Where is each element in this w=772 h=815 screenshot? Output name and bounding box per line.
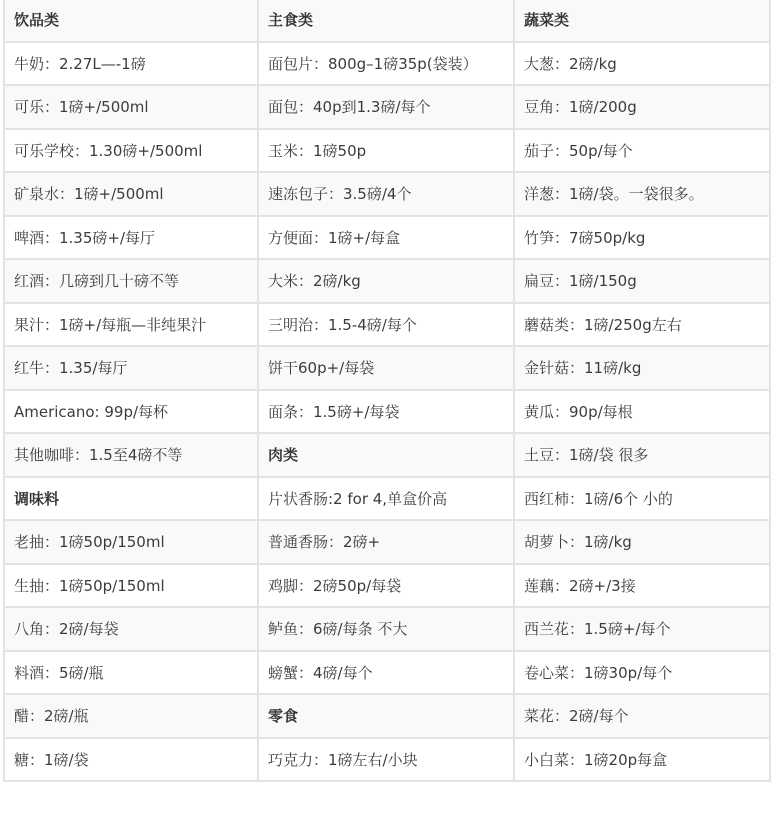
table-cell: Americano: 99p/每杯 (4, 390, 258, 434)
table-cell: 醋：2磅/瓶 (4, 694, 258, 738)
table-cell: 面包：40p到1.3磅/每个 (258, 85, 514, 129)
table-cell: 土豆：1磅/袋 很多 (514, 433, 770, 477)
table-cell: 普通香肠：2磅+ (258, 520, 514, 564)
table-cell: 大米：2磅/kg (258, 259, 514, 303)
table-cell: 方便面：1磅+/每盒 (258, 216, 514, 260)
group-header-meat: 肉类 (258, 433, 514, 477)
table-row: 调味料 片状香肠:2 for 4,单盒价高 西红柿：1磅/6个 小的 (4, 477, 770, 521)
table-row: 八角：2磅/每袋 鲈鱼：6磅/每条 不大 西兰花：1.5磅+/每个 (4, 607, 770, 651)
table-cell: 速冻包子：3.5磅/4个 (258, 172, 514, 216)
table-cell: 玉米：1磅50p (258, 129, 514, 173)
table-cell: 三明治：1.5-4磅/每个 (258, 303, 514, 347)
table-cell: 八角：2磅/每袋 (4, 607, 258, 651)
table-cell: 豆角：1磅/200g (514, 85, 770, 129)
table-cell: 其他咖啡：1.5至4磅不等 (4, 433, 258, 477)
table-row: 果汁：1磅+/每瓶—非纯果汁 三明治：1.5-4磅/每个 蘑菇类：1磅/250g… (4, 303, 770, 347)
table-cell: 鸡脚：2磅50p/每袋 (258, 564, 514, 608)
table-header-row: 饮品类 主食类 蔬菜类 (4, 0, 770, 42)
table-cell: 卷心菜：1磅30p/每个 (514, 651, 770, 695)
table-row: 可乐：1磅+/500ml 面包：40p到1.3磅/每个 豆角：1磅/200g (4, 85, 770, 129)
table-cell: 料酒：5磅/瓶 (4, 651, 258, 695)
table-cell: 果汁：1磅+/每瓶—非纯果汁 (4, 303, 258, 347)
table-row: 糖：1磅/袋 巧克力：1磅左右/小块 小白菜：1磅20p每盒 (4, 738, 770, 782)
table-cell: 啤酒：1.35磅+/每厅 (4, 216, 258, 260)
group-header-snacks: 零食 (258, 694, 514, 738)
table-cell: 洋葱：1磅/袋。一袋很多。 (514, 172, 770, 216)
table-cell: 胡萝卜：1磅/kg (514, 520, 770, 564)
table-row: 红酒：几磅到几十磅不等 大米：2磅/kg 扁豆：1磅/150g (4, 259, 770, 303)
table-cell: 糖：1磅/袋 (4, 738, 258, 782)
table-cell: 小白菜：1磅20p每盒 (514, 738, 770, 782)
header-drinks: 饮品类 (4, 0, 258, 42)
table-row: 老抽：1磅50p/150ml 普通香肠：2磅+ 胡萝卜：1磅/kg (4, 520, 770, 564)
table-cell: 矿泉水：1磅+/500ml (4, 172, 258, 216)
table-cell: 莲藕：2磅+/3接 (514, 564, 770, 608)
table-cell: 生抽：1磅50p/150ml (4, 564, 258, 608)
table-cell: 鲈鱼：6磅/每条 不大 (258, 607, 514, 651)
table-cell: 牛奶：2.27L—-1磅 (4, 42, 258, 86)
table-cell: 面条：1.5磅+/每袋 (258, 390, 514, 434)
table-cell: 红酒：几磅到几十磅不等 (4, 259, 258, 303)
price-table-container: 饮品类 主食类 蔬菜类 牛奶：2.27L—-1磅 面包片：800g–1磅35p(… (3, 0, 769, 782)
table-cell: 菜花：2磅/每个 (514, 694, 770, 738)
table-cell: 黄瓜：90p/每根 (514, 390, 770, 434)
table-row: 其他咖啡：1.5至4磅不等 肉类 土豆：1磅/袋 很多 (4, 433, 770, 477)
table-cell: 螃蟹：4磅/每个 (258, 651, 514, 695)
table-cell: 西红柿：1磅/6个 小的 (514, 477, 770, 521)
table-row: 红牛：1.35/每厅 饼干60p+/每袋 金针菇：11磅/kg (4, 346, 770, 390)
table-cell: 扁豆：1磅/150g (514, 259, 770, 303)
header-staples: 主食类 (258, 0, 514, 42)
table-cell: 金针菇：11磅/kg (514, 346, 770, 390)
table-cell: 可乐：1磅+/500ml (4, 85, 258, 129)
table-cell: 饼干60p+/每袋 (258, 346, 514, 390)
table-row: 料酒：5磅/瓶 螃蟹：4磅/每个 卷心菜：1磅30p/每个 (4, 651, 770, 695)
table-cell: 大葱：2磅/kg (514, 42, 770, 86)
table-row: 可乐学校：1.30磅+/500ml 玉米：1磅50p 茄子：50p/每个 (4, 129, 770, 173)
table-cell: 蘑菇类：1磅/250g左右 (514, 303, 770, 347)
table-row: 醋：2磅/瓶 零食 菜花：2磅/每个 (4, 694, 770, 738)
table-row: 牛奶：2.27L—-1磅 面包片：800g–1磅35p(袋装） 大葱：2磅/kg (4, 42, 770, 86)
group-header-seasoning: 调味料 (4, 477, 258, 521)
table-cell: 可乐学校：1.30磅+/500ml (4, 129, 258, 173)
table-cell: 老抽：1磅50p/150ml (4, 520, 258, 564)
table-cell: 茄子：50p/每个 (514, 129, 770, 173)
table-cell: 竹笋：7磅50p/kg (514, 216, 770, 260)
table-cell: 片状香肠:2 for 4,单盒价高 (258, 477, 514, 521)
price-table: 饮品类 主食类 蔬菜类 牛奶：2.27L—-1磅 面包片：800g–1磅35p(… (3, 0, 771, 782)
table-cell: 红牛：1.35/每厅 (4, 346, 258, 390)
table-cell: 面包片：800g–1磅35p(袋装） (258, 42, 514, 86)
table-row: Americano: 99p/每杯 面条：1.5磅+/每袋 黄瓜：90p/每根 (4, 390, 770, 434)
table-row: 啤酒：1.35磅+/每厅 方便面：1磅+/每盒 竹笋：7磅50p/kg (4, 216, 770, 260)
header-vegetables: 蔬菜类 (514, 0, 770, 42)
table-row: 矿泉水：1磅+/500ml 速冻包子：3.5磅/4个 洋葱：1磅/袋。一袋很多。 (4, 172, 770, 216)
table-cell: 西兰花：1.5磅+/每个 (514, 607, 770, 651)
table-row: 生抽：1磅50p/150ml 鸡脚：2磅50p/每袋 莲藕：2磅+/3接 (4, 564, 770, 608)
table-cell: 巧克力：1磅左右/小块 (258, 738, 514, 782)
